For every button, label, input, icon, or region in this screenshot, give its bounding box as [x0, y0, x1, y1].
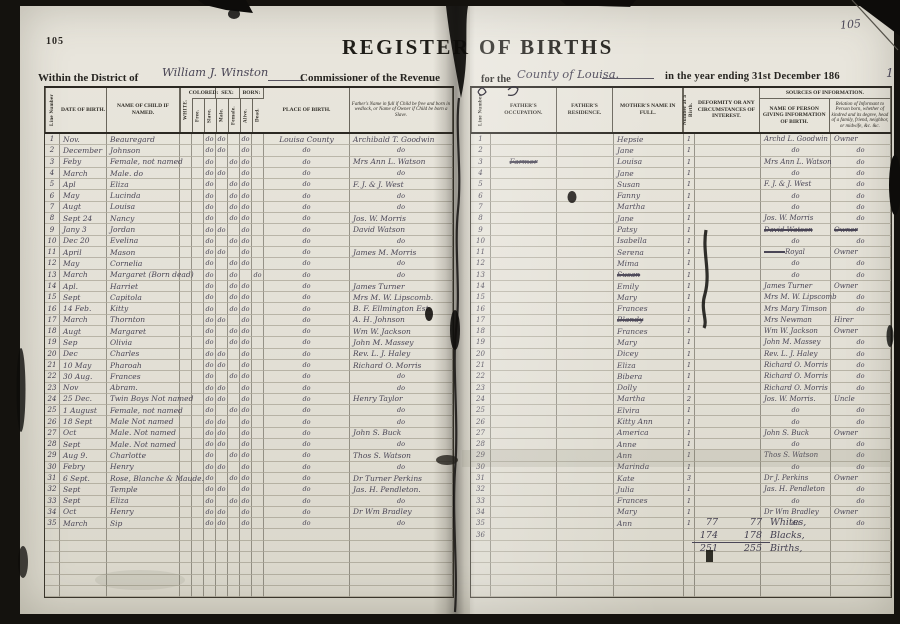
- cell-date: Sept: [60, 439, 107, 450]
- cell-slave: do: [204, 450, 216, 461]
- cell-name: Nancy: [107, 213, 180, 224]
- register-row: 32SeptTempledodododoJas. H. Pendleton.: [45, 484, 453, 495]
- register-row: 33SeptElizadododododo: [45, 496, 453, 507]
- cell-name: Cornelia: [107, 258, 180, 269]
- cell-informant: Thos S. Watson: [761, 450, 831, 461]
- cell-mother: [614, 563, 684, 574]
- cell-male: [216, 270, 228, 281]
- cell-slave: do: [204, 518, 216, 529]
- cell-name: Kitty: [107, 303, 180, 314]
- cell-residence: [557, 349, 614, 360]
- cell-father: do: [350, 371, 453, 382]
- cell-male: [216, 586, 228, 597]
- cell-free: [192, 563, 204, 574]
- cell-occupation: [491, 315, 557, 326]
- cell-nb: 1: [684, 134, 695, 145]
- cell-residence: [557, 292, 614, 303]
- cell-slave: do: [204, 202, 216, 213]
- cell-informant: Jos. W. Morris.: [761, 394, 831, 405]
- cell-nR: 6: [471, 190, 491, 201]
- cell-relation: do: [831, 518, 891, 529]
- cell-residence: [557, 213, 614, 224]
- cell-n: 29: [45, 450, 60, 461]
- cell-female: do: [228, 371, 240, 382]
- cell-nb: 1: [684, 405, 695, 416]
- cell-dead: [252, 326, 264, 337]
- register-row: 14Emily1James TurnerOwner: [471, 281, 891, 292]
- cell-relation: Owner: [831, 134, 891, 145]
- cell-male: [216, 326, 228, 337]
- cell-n: 21: [45, 360, 60, 371]
- cell-white: [180, 281, 192, 292]
- commissioner-label: Commissioner of the Revenue: [300, 72, 440, 84]
- col-header-white: WHITE.: [180, 88, 192, 132]
- cell-residence: [557, 575, 614, 586]
- cell-dead: [252, 394, 264, 405]
- cell-alive: do: [240, 326, 252, 337]
- register-row: 27America1John S. BuckOwner: [471, 428, 891, 439]
- cell-female: do: [228, 213, 240, 224]
- cell-n: 32: [45, 484, 60, 495]
- cell-mother: Mary: [614, 337, 684, 348]
- register-row: 30Marinda1dodo: [471, 462, 891, 473]
- cell-nb: 1: [684, 349, 695, 360]
- cell-place: do: [264, 213, 350, 224]
- cell-father: do: [350, 439, 453, 450]
- cell-deformity: [695, 168, 761, 179]
- cell-residence: [557, 439, 614, 450]
- cell-informant: F. J. & J. West: [761, 179, 831, 190]
- cell-alive: do: [240, 179, 252, 190]
- cell-free: [192, 303, 204, 314]
- register-row: [471, 541, 891, 552]
- cell-date: [60, 575, 107, 586]
- cell-alive: [240, 270, 252, 281]
- cell-residence: [557, 541, 614, 552]
- cell-name: Eliza: [107, 496, 180, 507]
- cell-nb: 1: [684, 428, 695, 439]
- cell-n: 15: [45, 292, 60, 303]
- cell-relation: Owner: [831, 326, 891, 337]
- cell-relation: Owner: [831, 224, 891, 235]
- cell-alive: do: [240, 439, 252, 450]
- cell-male: do: [216, 484, 228, 495]
- cell-free: [192, 337, 204, 348]
- cell-date: [60, 552, 107, 563]
- cell-name: Harriet: [107, 281, 180, 292]
- register-row: 28SeptMale. Not nameddododododo: [45, 439, 453, 450]
- cell-residence: [557, 383, 614, 394]
- tally-label-births: Births,: [770, 543, 824, 556]
- cell-place: do: [264, 179, 350, 190]
- cell-free: [192, 157, 204, 168]
- cell-occupation: [491, 473, 557, 484]
- cell-father: [350, 552, 453, 563]
- cell-n: 26: [45, 416, 60, 427]
- cell-dead: [252, 303, 264, 314]
- cell-male: do: [216, 315, 228, 326]
- cell-relation: do: [831, 337, 891, 348]
- register-row: 27OctMale. Not nameddodododoJohn S. Buck: [45, 428, 453, 439]
- cell-father: Thos S. Watson: [350, 450, 453, 461]
- cell-relation: Uncle: [831, 394, 891, 405]
- cell-alive: do: [240, 394, 252, 405]
- cell-date: 18 Sept: [60, 416, 107, 427]
- cell-slave: do: [204, 394, 216, 405]
- cell-deformity: [695, 473, 761, 484]
- left-table-header: Line Number DATE OF BIRTH. NAME OF CHILD…: [45, 88, 453, 134]
- cell-deformity: [695, 586, 761, 597]
- cell-date: [60, 586, 107, 597]
- cell-occupation: [491, 394, 557, 405]
- cell-father: do: [350, 236, 453, 247]
- cell-female: do: [228, 179, 240, 190]
- cell-place: do: [264, 236, 350, 247]
- cell-nR: 11: [471, 247, 491, 258]
- cell-nb: 1: [684, 190, 695, 201]
- cell-informant: do: [761, 168, 831, 179]
- cell-dead: [252, 360, 264, 371]
- cell-slave: [204, 541, 216, 552]
- cell-dead: [252, 575, 264, 586]
- cell-alive: do: [240, 349, 252, 360]
- col-header-informant: NAME OF PERSON GIVING INFORMATION OF BIR…: [760, 99, 830, 132]
- cell-relation: Owner: [831, 507, 891, 518]
- cell-white: [180, 484, 192, 495]
- cell-female: [228, 416, 240, 427]
- cell-date: Sep: [60, 337, 107, 348]
- cell-residence: [557, 202, 614, 213]
- cell-mother: Mary: [614, 292, 684, 303]
- cell-informant: do: [761, 416, 831, 427]
- cell-relation: [831, 541, 891, 552]
- cell-slave: [204, 575, 216, 586]
- cell-occupation: [491, 552, 557, 563]
- cell-free: [192, 247, 204, 258]
- cell-female: [228, 428, 240, 439]
- col-header-slave: Slave.: [204, 99, 216, 132]
- cell-mother: Anne: [614, 439, 684, 450]
- cell-male: do: [216, 383, 228, 394]
- cell-white: [180, 462, 192, 473]
- cell-nb: 1: [684, 202, 695, 213]
- cell-alive: do: [240, 168, 252, 179]
- cell-mother: [614, 575, 684, 586]
- cell-male: do: [216, 394, 228, 405]
- cell-father: Jos. W. Morris: [350, 213, 453, 224]
- cell-occupation: [491, 405, 557, 416]
- cell-occupation: [491, 496, 557, 507]
- cell-slave: do: [204, 383, 216, 394]
- col-group-colored: COLORED: Free. Slave.: [192, 88, 216, 132]
- cell-occupation: [491, 270, 557, 281]
- cell-female: [228, 518, 240, 529]
- cell-deformity: [695, 281, 761, 292]
- cell-mother: Frances: [614, 496, 684, 507]
- cell-free: [192, 518, 204, 529]
- cell-male: [216, 303, 228, 314]
- col-header-female: Female.: [228, 99, 240, 132]
- cell-date: Dec 20: [60, 236, 107, 247]
- register-row: 11AprilMasondodododoJames M. Morris: [45, 247, 453, 258]
- cell-mother: [614, 541, 684, 552]
- cell-male: do: [216, 360, 228, 371]
- cell-nR: 17: [471, 315, 491, 326]
- district-value-handwritten: William J. Winston: [162, 65, 268, 79]
- cell-slave: do: [204, 439, 216, 450]
- col-header-father-residence: FATHER'S RESIDENCE.: [557, 88, 614, 132]
- cell-occupation: [491, 428, 557, 439]
- cell-deformity: [695, 258, 761, 269]
- register-scan: 105 105 REGISTER OF BIRTHS Within the Di…: [0, 0, 900, 624]
- cell-date: Sept: [60, 484, 107, 495]
- cell-alive: do: [240, 484, 252, 495]
- cell-residence: [557, 586, 614, 597]
- cell-place: do: [264, 281, 350, 292]
- cell-informant: Jos. W. Morris: [761, 213, 831, 224]
- cell-mother: Susan: [614, 270, 684, 281]
- cell-free: [192, 394, 204, 405]
- cell-father: [350, 586, 453, 597]
- cell-slave: do: [204, 484, 216, 495]
- cell-occupation: [491, 292, 557, 303]
- cell-white: [180, 337, 192, 348]
- cell-n: 19: [45, 337, 60, 348]
- cell-residence: [557, 236, 614, 247]
- cell-occupation: Farmer: [491, 157, 557, 168]
- cell-alive: do: [240, 315, 252, 326]
- cell-deformity: [695, 484, 761, 495]
- register-row: 13MarchMargaret (Born dead)dododododo: [45, 270, 453, 281]
- cell-mother: Fanny: [614, 190, 684, 201]
- cell-male: do: [216, 416, 228, 427]
- register-row: 4Jane1dodo: [471, 168, 891, 179]
- cell-slave: do: [204, 507, 216, 518]
- cell-mother: Ann: [614, 450, 684, 461]
- cell-white: [180, 224, 192, 235]
- cell-slave: do: [204, 473, 216, 484]
- cell-place: do: [264, 303, 350, 314]
- cell-alive: [240, 541, 252, 552]
- cell-nb: 1: [684, 157, 695, 168]
- cell-nb: 1: [684, 450, 695, 461]
- col-header-father-occupation: FATHER'S OCCUPATION.: [491, 88, 557, 132]
- register-row: 9Jany 3JordandodododoDavid Watson: [45, 224, 453, 235]
- cell-father: Rev. L. J. Haley: [350, 349, 453, 360]
- cell-white: [180, 518, 192, 529]
- register-row: 13Susan1dodo: [471, 270, 891, 281]
- cell-free: [192, 202, 204, 213]
- cell-deformity: [695, 383, 761, 394]
- cell-name: [107, 541, 180, 552]
- cell-father: do: [350, 416, 453, 427]
- register-row: 20Dicey1Rev. L. J. Haleydo: [471, 349, 891, 360]
- cell-occupation: [491, 258, 557, 269]
- cell-mother: Dolly: [614, 383, 684, 394]
- cell-deformity: [695, 270, 761, 281]
- cell-name: Johnson: [107, 145, 180, 156]
- cell-place: [264, 575, 350, 586]
- cell-dead: [252, 529, 264, 540]
- cell-occupation: [491, 462, 557, 473]
- register-row: 1614 Feb.KittydodododoB. F. Ellmington E…: [45, 303, 453, 314]
- register-row: 10Isabella1dodo: [471, 236, 891, 247]
- cell-nR: 14: [471, 281, 491, 292]
- cell-free: [192, 575, 204, 586]
- cell-father: B. F. Ellmington Est.: [350, 303, 453, 314]
- cell-slave: do: [204, 236, 216, 247]
- cell-informant: [761, 575, 831, 586]
- cell-informant: Richard O. Morris: [761, 383, 831, 394]
- cell-white: [180, 134, 192, 145]
- cell-nb: 1: [684, 326, 695, 337]
- cell-father: Jas. H. Pendleton.: [350, 484, 453, 495]
- cell-name: Male. Not named: [107, 428, 180, 439]
- cell-male: [216, 552, 228, 563]
- cell-female: [228, 575, 240, 586]
- cell-white: [180, 552, 192, 563]
- cell-place: [264, 586, 350, 597]
- cell-slave: do: [204, 190, 216, 201]
- cell-female: [228, 360, 240, 371]
- cell-residence: [557, 315, 614, 326]
- cell-relation: do: [831, 202, 891, 213]
- cell-slave: do: [204, 496, 216, 507]
- cell-mother: Isabella: [614, 236, 684, 247]
- register-row: 251 AugustFemale, not nameddododododo: [45, 405, 453, 416]
- cell-relation: do: [831, 439, 891, 450]
- cell-white: [180, 405, 192, 416]
- col-group-sources: SOURCES OF INFORMATION. NAME OF PERSON G…: [760, 88, 891, 132]
- col-header-line-number: Line Number: [471, 88, 491, 132]
- cell-female: [228, 507, 240, 518]
- cell-slave: do: [204, 303, 216, 314]
- cell-white: [180, 575, 192, 586]
- cell-white: [180, 450, 192, 461]
- cell-alive: do: [240, 157, 252, 168]
- cell-occupation: [491, 541, 557, 552]
- register-row: [471, 586, 891, 597]
- page-title-of-births: OF BIRTHS: [479, 35, 614, 60]
- cell-slave: do: [204, 179, 216, 190]
- cell-female: [228, 462, 240, 473]
- cell-alive: do: [240, 450, 252, 461]
- cell-n: 25: [45, 405, 60, 416]
- cell-slave: do: [204, 349, 216, 360]
- cell-deformity: [695, 575, 761, 586]
- cell-nb: [684, 563, 695, 574]
- cell-nR: 29: [471, 450, 491, 461]
- tally-count: 77: [726, 517, 770, 530]
- cell-n: 30: [45, 462, 60, 473]
- cell-white: [180, 383, 192, 394]
- cell-place: [264, 552, 350, 563]
- cell-dead: [252, 563, 264, 574]
- cell-alive: do: [240, 371, 252, 382]
- cell-female: [228, 349, 240, 360]
- cell-date: [60, 563, 107, 574]
- cell-n: 34: [45, 507, 60, 518]
- cell-date: May: [60, 258, 107, 269]
- cell-place: do: [264, 247, 350, 258]
- col-header-father-name-note: Father's Name in full if Child be free a…: [350, 88, 453, 132]
- cell-deformity: [695, 134, 761, 145]
- cell-name: Beauregard: [107, 134, 180, 145]
- cell-deformity: [695, 179, 761, 190]
- cell-informant: Archd L. Goodwin: [761, 134, 831, 145]
- cell-name: Evelina: [107, 236, 180, 247]
- cell-father: A. H. Johnson: [350, 315, 453, 326]
- cell-mother: Martha: [614, 394, 684, 405]
- cell-dead: [252, 190, 264, 201]
- cell-mother: Frances: [614, 326, 684, 337]
- cell-occupation: [491, 586, 557, 597]
- cell-mother: Emily: [614, 281, 684, 292]
- cell-male: [216, 236, 228, 247]
- cell-relation: do: [831, 157, 891, 168]
- cell-n: 23: [45, 383, 60, 394]
- cell-dead: [252, 281, 264, 292]
- cell-residence: [557, 507, 614, 518]
- cell-informant: do: [761, 190, 831, 201]
- col-header-alive: Alive.: [240, 99, 252, 132]
- cell-date: 1 August: [60, 405, 107, 416]
- cell-free: [192, 416, 204, 427]
- cell-date: December: [60, 145, 107, 156]
- cell-relation: Owner: [831, 473, 891, 484]
- cell-mother: Jane: [614, 145, 684, 156]
- cell-nR: 8: [471, 213, 491, 224]
- cell-alive: do: [240, 383, 252, 394]
- cell-alive: do: [240, 134, 252, 145]
- register-row: 2DecemberJohnsondododododo: [45, 145, 453, 156]
- cell-white: [180, 157, 192, 168]
- cell-n: 24: [45, 394, 60, 405]
- cell-nb: 1: [684, 281, 695, 292]
- cell-informant: ——— Royal: [761, 247, 831, 258]
- cell-male: do: [216, 145, 228, 156]
- cell-free: [192, 360, 204, 371]
- register-row: 23NovAbram.dododododo: [45, 383, 453, 394]
- cell-female: do: [228, 496, 240, 507]
- cell-residence: [557, 134, 614, 145]
- cell-white: [180, 563, 192, 574]
- cell-informant: Richard O. Morris: [761, 371, 831, 382]
- cell-residence: [557, 247, 614, 258]
- register-row: 29Ann1Thos S. Watsondo: [471, 450, 891, 461]
- cell-female: do: [228, 258, 240, 269]
- cell-alive: do: [240, 258, 252, 269]
- col-header-mother-name: MOTHER'S NAME IN FULL.: [613, 88, 683, 132]
- cell-n: 11: [45, 247, 60, 258]
- cell-nb: 1: [684, 292, 695, 303]
- col-header-born: BORN:: [240, 88, 264, 99]
- cell-free: [192, 428, 204, 439]
- cell-free: [192, 383, 204, 394]
- cell-mother: [614, 529, 684, 540]
- cell-n: 9: [45, 224, 60, 235]
- cell-slave: [204, 586, 216, 597]
- cell-n: 3: [45, 157, 60, 168]
- cell-date: Augt: [60, 326, 107, 337]
- cell-white: [180, 213, 192, 224]
- cell-white: [180, 529, 192, 540]
- cell-female: [228, 484, 240, 495]
- cell-n: 28: [45, 439, 60, 450]
- col-header-child-name: NAME OF CHILD IF NAMED.: [107, 88, 180, 132]
- cell-male: [216, 190, 228, 201]
- cell-deformity: [695, 416, 761, 427]
